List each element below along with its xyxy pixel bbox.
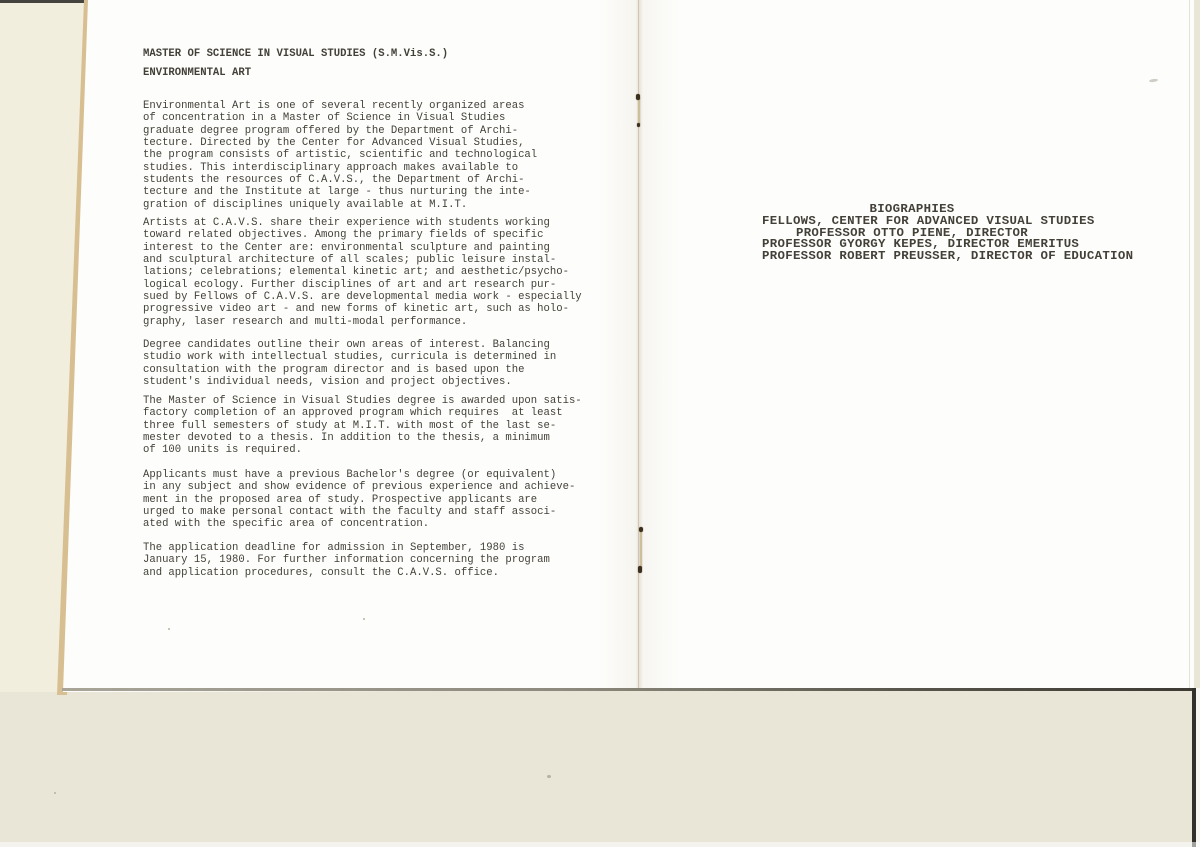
staple-top-end-icon bbox=[636, 94, 640, 100]
staple-bottom-end-icon bbox=[639, 527, 643, 532]
staple-top-end-icon bbox=[637, 123, 640, 127]
staple-bottom-end-icon bbox=[638, 566, 642, 573]
scan-speck bbox=[54, 792, 56, 794]
staple-bottom bbox=[640, 532, 642, 568]
document-title: MASTER OF SCIENCE IN VISUAL STUDIES (S.M… bbox=[143, 45, 448, 83]
scanner-background bbox=[1196, 688, 1200, 847]
scan-speck bbox=[363, 618, 365, 620]
right-page-edge bbox=[1189, 0, 1190, 688]
paragraph-degree-candidates: Degree candidates outline their own area… bbox=[143, 339, 556, 388]
backing-sheet-edge bbox=[1192, 688, 1196, 847]
paragraph-application-deadline: The application deadline for admission i… bbox=[143, 542, 550, 579]
paragraph-program-overview: Environmental Art is one of several rece… bbox=[143, 100, 537, 211]
scanned-booklet-spread: MASTER OF SCIENCE IN VISUAL STUDIES (S.M… bbox=[0, 0, 1200, 847]
staple-top bbox=[638, 98, 640, 125]
biographies-heading: BIOGRAPHIES FELLOWS, CENTER FOR ADVANCED… bbox=[762, 204, 1062, 263]
paragraph-applicants: Applicants must have a previous Bachelor… bbox=[143, 469, 575, 531]
scan-bottom-edge bbox=[0, 842, 1200, 847]
scan-speck bbox=[168, 628, 170, 630]
paragraph-artists-fields: Artists at C.A.V.S. share their experien… bbox=[143, 217, 582, 328]
scan-speck bbox=[547, 775, 551, 778]
paragraph-degree-requirements: The Master of Science in Visual Studies … bbox=[143, 395, 582, 457]
